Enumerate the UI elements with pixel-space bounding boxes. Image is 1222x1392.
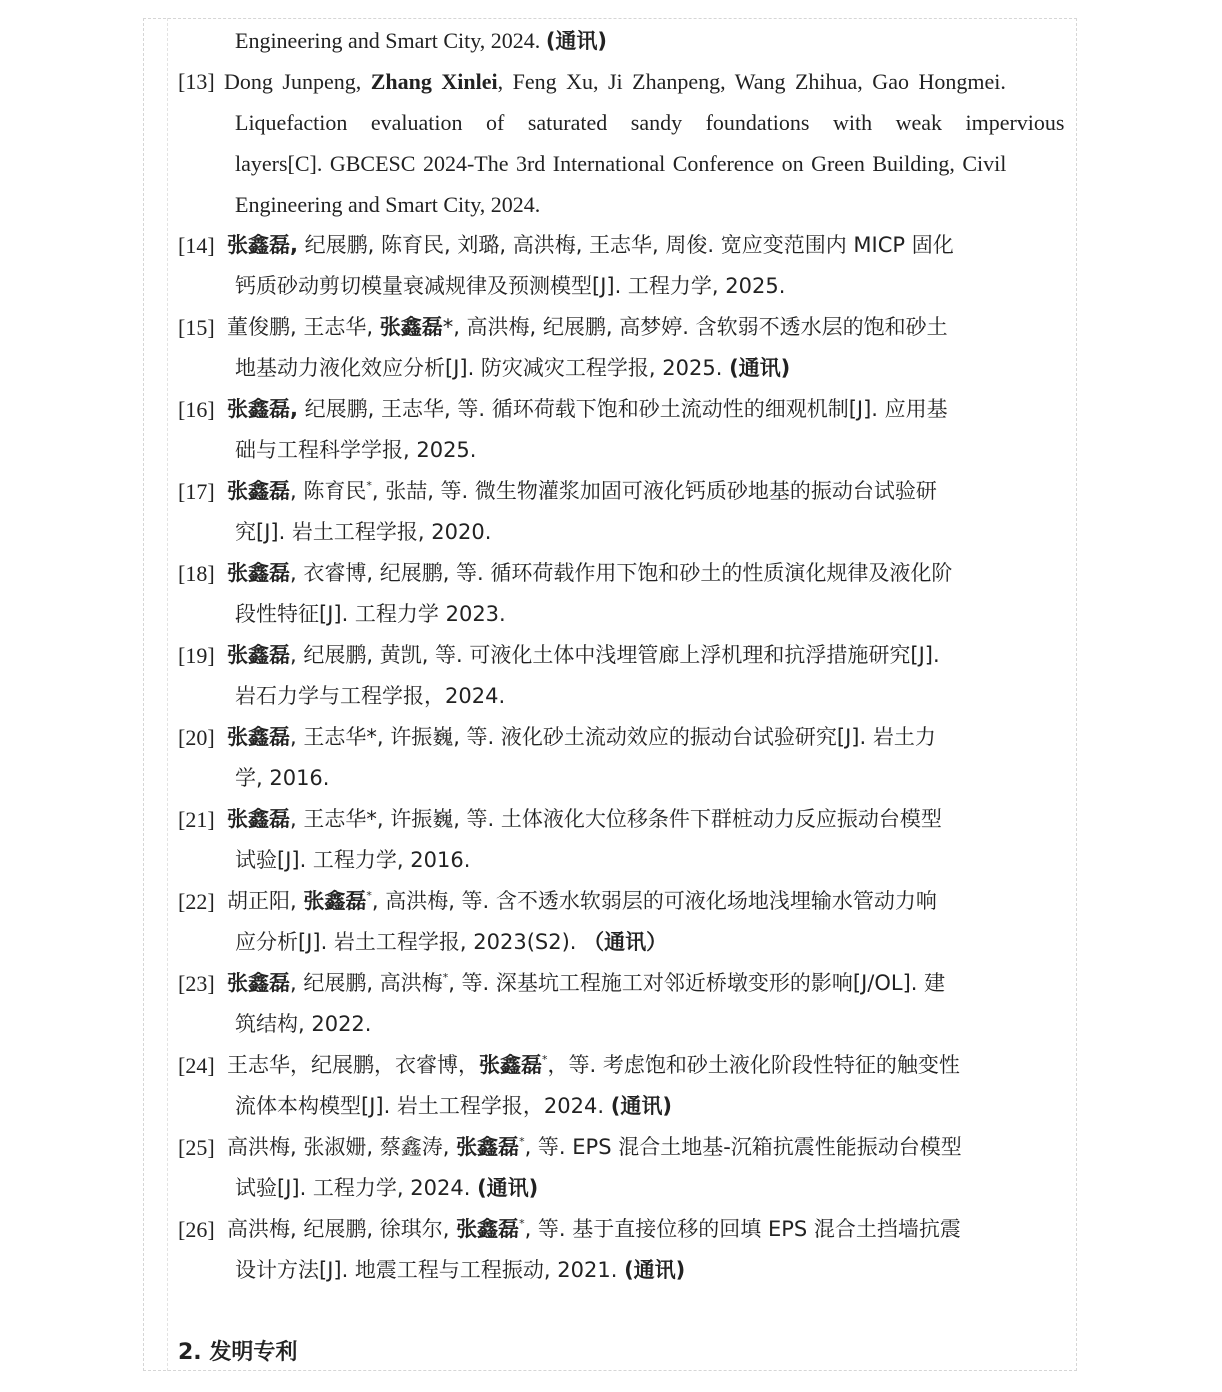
corresponding-mark: *	[519, 1217, 525, 1230]
ref-text: , Feng Xu, Ji Zhanpeng, Wang Zhihua, Gao…	[498, 69, 1006, 94]
author-highlight: 张鑫磊	[227, 561, 290, 585]
ref-number: [13]	[178, 61, 228, 102]
ref-number: [21]	[178, 799, 228, 840]
ref-text: layers[C]. GBCESC 2024-The 3rd Internati…	[235, 143, 1006, 184]
ref-number: [15]	[178, 307, 228, 348]
ref-text: 设计方法[J]. 地震工程与工程振动, 2021.	[235, 1258, 624, 1282]
ref-text: 段性特征[J]. 工程力学 2023.	[235, 594, 506, 635]
author-highlight: 张鑫磊	[227, 643, 290, 667]
ref-number: [17]	[178, 471, 228, 512]
ref-text: , 王志华*, 许振巍, 等. 液化砂土流动效应的振动台试验研究[J]. 岩土力	[290, 725, 936, 749]
ref-number: [22]	[178, 881, 228, 922]
ref-text: Engineering and Smart City, 2024.	[235, 28, 546, 53]
corresponding-mark: *	[542, 1053, 548, 1066]
ref-text: 流体本构模型[J]. 岩土工程学报，2024.	[235, 1094, 611, 1118]
author-highlight: 张鑫磊	[456, 1135, 519, 1159]
ref-number: [26]	[178, 1209, 228, 1250]
corresponding-tag: (通讯)	[546, 29, 607, 53]
ref-text: 钙质砂动剪切模量衰减规律及预测模型[J]. 工程力学, 2025.	[235, 266, 785, 307]
author-highlight: 张鑫磊,	[227, 397, 298, 421]
ref-text: 高洪梅, 张淑姗, 蔡鑫涛,	[227, 1135, 456, 1159]
corresponding-tag: (通讯)	[611, 1094, 672, 1118]
corresponding-mark: *	[519, 1135, 525, 1148]
author-highlight: 张鑫磊	[227, 807, 290, 831]
ref-number: [24]	[178, 1045, 228, 1086]
author-highlight: 张鑫磊	[380, 315, 443, 339]
ref-text: 胡正阳,	[227, 889, 303, 913]
author-highlight: 张鑫磊	[479, 1053, 542, 1077]
corresponding-tag: (通讯)	[624, 1258, 685, 1282]
ref-text: 应分析[J]. 岩土工程学报, 2023(S2).	[235, 930, 583, 954]
ref-text: *, 高洪梅, 纪展鹏, 高梦婷. 含软弱不透水层的饱和砂土	[443, 315, 948, 339]
ref-text: , 等. EPS 混合土地基-沉箱抗震性能振动台模型	[525, 1135, 962, 1159]
ref-text: 筑结构, 2022.	[235, 1004, 371, 1045]
ref-text: 王志华，纪展鹏，衣睿博，	[227, 1053, 479, 1077]
ref-text: , 纪展鹏, 黄凯, 等. 可液化土体中浅埋管廊上浮机理和抗浮措施研究[J].	[290, 643, 940, 667]
author-highlight: 张鑫磊	[227, 479, 290, 503]
section-heading-patents: 2. 发明专利	[178, 1332, 297, 1373]
author-highlight: 张鑫磊	[227, 725, 290, 749]
ref-text: 纪展鹏, 陈育民, 刘璐, 高洪梅, 王志华, 周俊. 宽应变范围内 MICP …	[298, 233, 954, 257]
author-highlight: 张鑫磊	[227, 971, 290, 995]
ref-text: , 衣睿博, 纪展鹏, 等. 循环荷载作用下饱和砂土的性质演化规律及液化阶	[290, 561, 952, 585]
ref-text: , 王志华*, 许振巍, 等. 土体液化大位移条件下群桩动力反应振动台模型	[290, 807, 942, 831]
ref-text: 董俊鹏, 王志华,	[227, 315, 380, 339]
corresponding-tag: （通讯）	[583, 930, 667, 954]
ref-text: 高洪梅, 纪展鹏, 徐琪尔,	[227, 1217, 456, 1241]
ref-13: [13] Dong Junpeng, Zhang Xinlei, Feng Xu…	[178, 61, 1069, 102]
ref-text: , 高洪梅, 等. 含不透水软弱层的可液化场地浅埋输水管动力响	[372, 889, 937, 913]
ref-text: , 张喆, 等. 微生物灌浆加固可液化钙质砂地基的振动台试验研	[372, 479, 937, 503]
ref-text: 试验[J]. 工程力学, 2024.	[235, 1176, 477, 1200]
ref-text: 学, 2016.	[235, 758, 329, 799]
ref-text: , 纪展鹏, 高洪梅	[290, 971, 443, 995]
corresponding-tag: (通讯)	[477, 1176, 538, 1200]
author-highlight: 张鑫磊	[456, 1217, 519, 1241]
margin-guide	[167, 18, 168, 1371]
ref-number: [18]	[178, 553, 228, 594]
author-highlight: 张鑫磊	[303, 889, 366, 913]
ref-text: , 陈育民	[290, 479, 366, 503]
ref-text: Dong Junpeng,	[224, 69, 371, 94]
corresponding-mark: *	[443, 971, 449, 984]
ref-number: [16]	[178, 389, 228, 430]
ref-number: [25]	[178, 1127, 228, 1168]
ref-text: 础与工程科学学报, 2025.	[235, 430, 476, 471]
ref-text: 纪展鹏, 王志华, 等. 循环荷载下饱和砂土流动性的细观机制[J]. 应用基	[298, 397, 948, 421]
ref-text: 地基动力液化效应分析[J]. 防灾减灾工程学报, 2025.	[235, 356, 729, 380]
ref-text: ，等. 考虑饱和砂土液化阶段性特征的触变性	[548, 1053, 960, 1077]
ref-text: 究[J]. 岩土工程学报, 2020.	[235, 512, 491, 553]
corresponding-mark: *	[366, 889, 372, 902]
ref-text: Engineering and Smart City, 2024.	[235, 184, 540, 225]
ref-text: 试验[J]. 工程力学, 2016.	[235, 840, 470, 881]
ref-number: [19]	[178, 635, 228, 676]
corresponding-tag: (通讯)	[729, 356, 790, 380]
ref-number: [14]	[178, 225, 228, 266]
ref-number: [20]	[178, 717, 228, 758]
ref-text: , 等. 深基坑工程施工对邻近桥墩变形的影响[J/OL]. 建	[448, 971, 945, 995]
author-highlight: 张鑫磊,	[227, 233, 298, 257]
corresponding-mark: *	[366, 479, 372, 492]
ref-number: [23]	[178, 963, 228, 1004]
ref-text: Liquefaction evaluation of saturated san…	[235, 102, 1064, 143]
ref-text: , 等. 基于直接位移的回填 EPS 混合土挡墙抗震	[525, 1217, 961, 1241]
author-highlight: Zhang Xinlei	[371, 69, 498, 94]
ref-text: 岩石力学与工程学报，2024.	[235, 676, 505, 717]
